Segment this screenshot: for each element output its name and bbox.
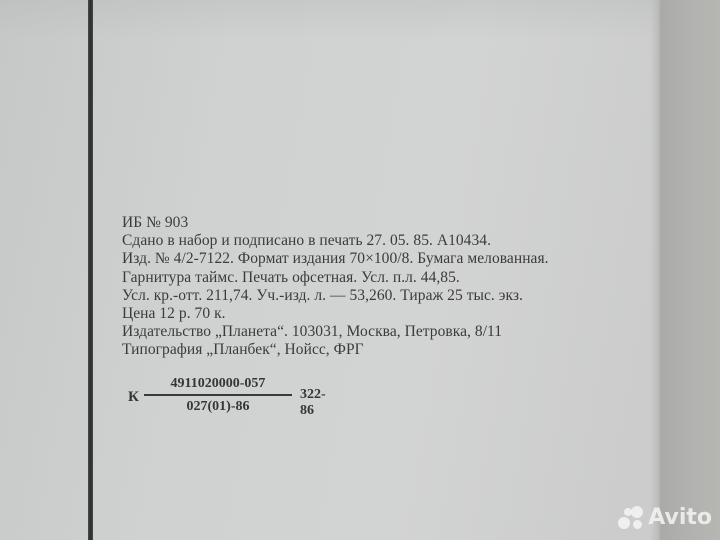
colophon-line-ib-number: ИБ № 903 (122, 214, 549, 232)
colophon-line-typeface: Гарнитура таймс. Печать офсетная. Усл. п… (122, 269, 549, 287)
bbk-code: 322-86 (300, 387, 326, 419)
colophon-line-price: Цена 12 р. 70 к. (122, 305, 549, 323)
avito-watermark: Avito (618, 505, 712, 530)
colophon-line-typeset-date: Сдано в набор и подписано в печать 27. 0… (122, 232, 549, 250)
colophon-text-block: ИБ № 903 Сдано в набор и подписано в печ… (122, 214, 549, 360)
bbk-denominator: 027(01)-86 (144, 399, 292, 415)
vertical-rule-line (88, 0, 93, 540)
colophon-line-publisher: Издательство „Планета“. 103031, Москва, … (122, 323, 549, 341)
adjacent-page-shadow (658, 0, 720, 540)
bbk-letter: К (128, 389, 139, 406)
colophon-line-format: Изд. № 4/2-7122. Формат издания 70×100/8… (122, 250, 549, 268)
bbk-numerator: 4911020000-057 (144, 376, 292, 392)
colophon-line-print-run: Усл. кр.-отт. 211,74. Уч.-изд. л. — 53,2… (122, 287, 549, 305)
colophon-line-printer: Типография „Планбек“, Нойсс, ФРГ (122, 341, 549, 359)
page-top-shadow (0, 0, 660, 40)
fraction-bar (144, 394, 292, 396)
avito-brand-text: Avito (648, 505, 712, 530)
bbk-fraction: 4911020000-057 027(01)-86 (144, 376, 292, 415)
avito-dots-logo-icon (618, 506, 644, 530)
